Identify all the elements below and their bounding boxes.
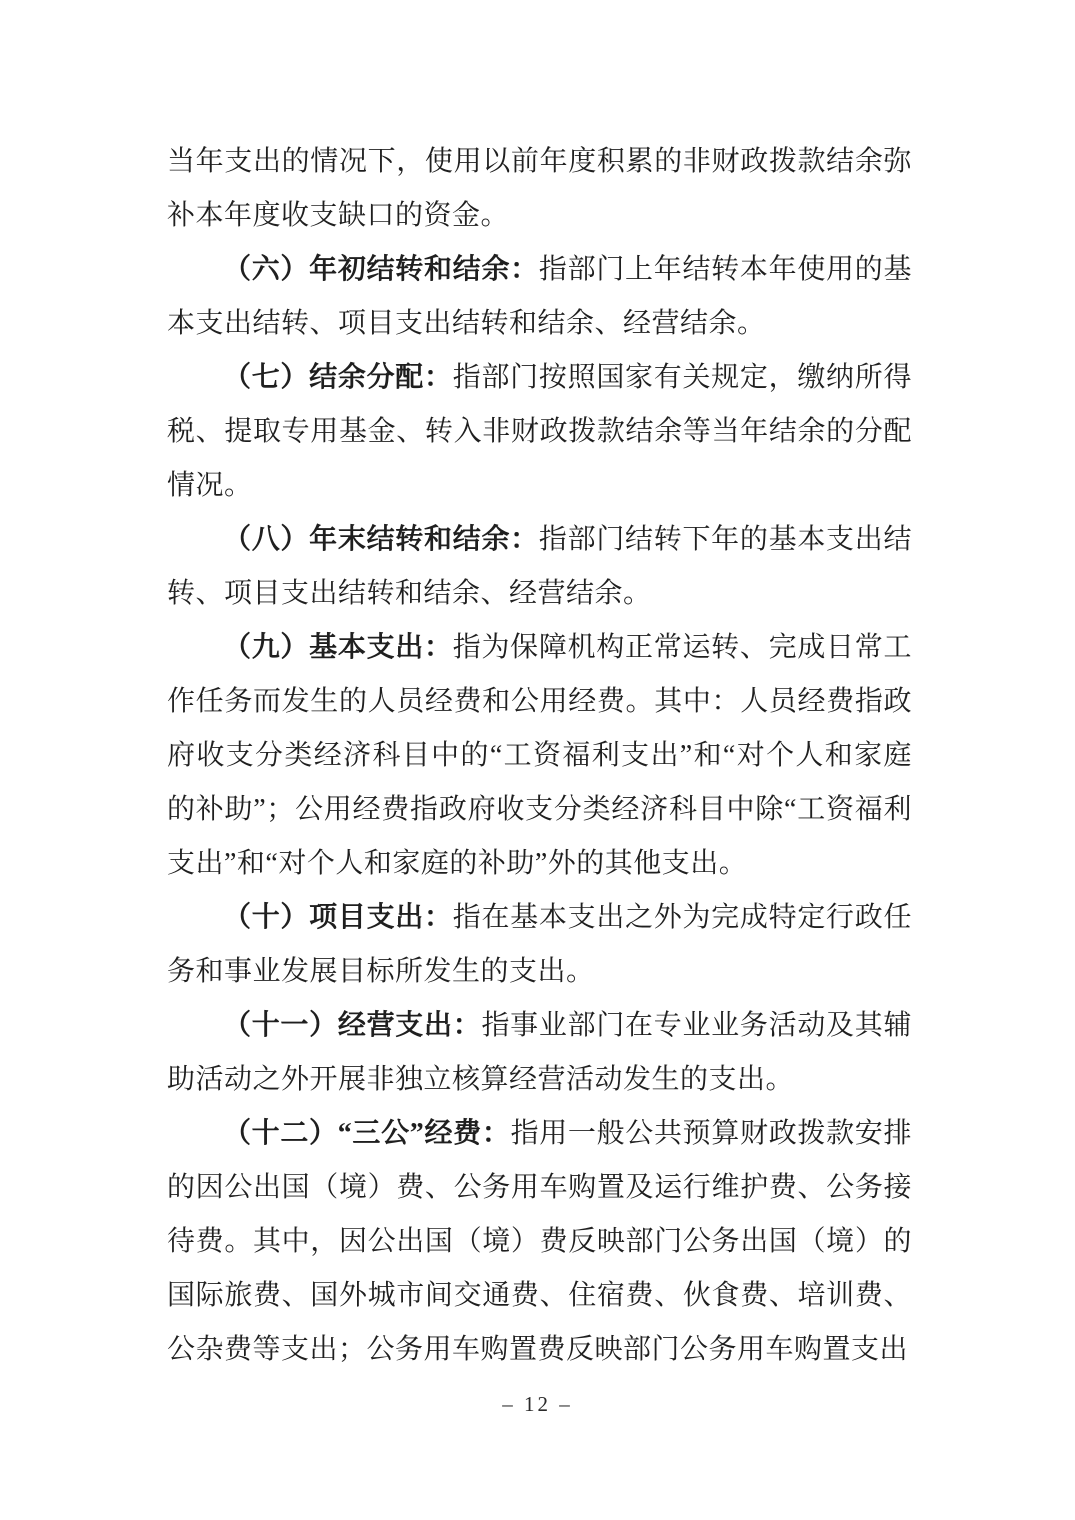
definition-text: 当年支出的情况下，使用以前年度积累的非财政拨款结余弥补本年度收支缺口的资金。 [167, 146, 912, 231]
document-body-text: 当年支出的情况下，使用以前年度积累的非财政拨款结余弥补本年度收支缺口的资金。 （… [167, 135, 912, 1377]
definition-text: 指为保障机构正常运转、完成日常工作任务而发生的人员经费和公用经费。其中：人员经费… [167, 632, 912, 879]
definition-item-6: （六）年初结转和结余：指部门上年结转本年使用的基本支出结转、项目支出结转和结余、… [167, 243, 912, 351]
paragraph-continued: 当年支出的情况下，使用以前年度积累的非财政拨款结余弥补本年度收支缺口的资金。 [167, 135, 912, 243]
definition-item-8: （八）年末结转和结余：指部门结转下年的基本支出结转、项目支出结转和结余、经营结余… [167, 513, 912, 621]
term-label: （十二）“三公”经费： [223, 1118, 511, 1149]
definition-item-9: （九）基本支出：指为保障机构正常运转、完成日常工作任务而发生的人员经费和公用经费… [167, 621, 912, 891]
term-label: （十）项目支出： [223, 902, 453, 933]
definition-item-10: （十）项目支出：指在基本支出之外为完成特定行政任务和事业发展目标所发生的支出。 [167, 891, 912, 999]
term-label: （十一）经营支出： [223, 1010, 481, 1041]
definition-item-7: （七）结余分配：指部门按照国家有关规定，缴纳所得税、提取专用基金、转入非财政拨款… [167, 351, 912, 513]
term-label: （九）基本支出： [223, 632, 453, 663]
definition-text: 指用一般公共预算财政拨款安排的因公出国（境）费、公务用车购置及运行维护费、公务接… [167, 1118, 912, 1365]
definition-item-12: （十二）“三公”经费：指用一般公共预算财政拨款安排的因公出国（境）费、公务用车购… [167, 1107, 912, 1377]
document-page: 当年支出的情况下，使用以前年度积累的非财政拨款结余弥补本年度收支缺口的资金。 （… [0, 0, 1075, 1520]
term-label: （八）年末结转和结余： [223, 524, 539, 555]
term-label: （六）年初结转和结余： [223, 254, 539, 285]
page-number: – 12 – [0, 1392, 1075, 1417]
definition-item-11: （十一）经营支出：指事业部门在专业业务活动及其辅助活动之外开展非独立核算经营活动… [167, 999, 912, 1107]
term-label: （七）结余分配： [223, 362, 453, 393]
